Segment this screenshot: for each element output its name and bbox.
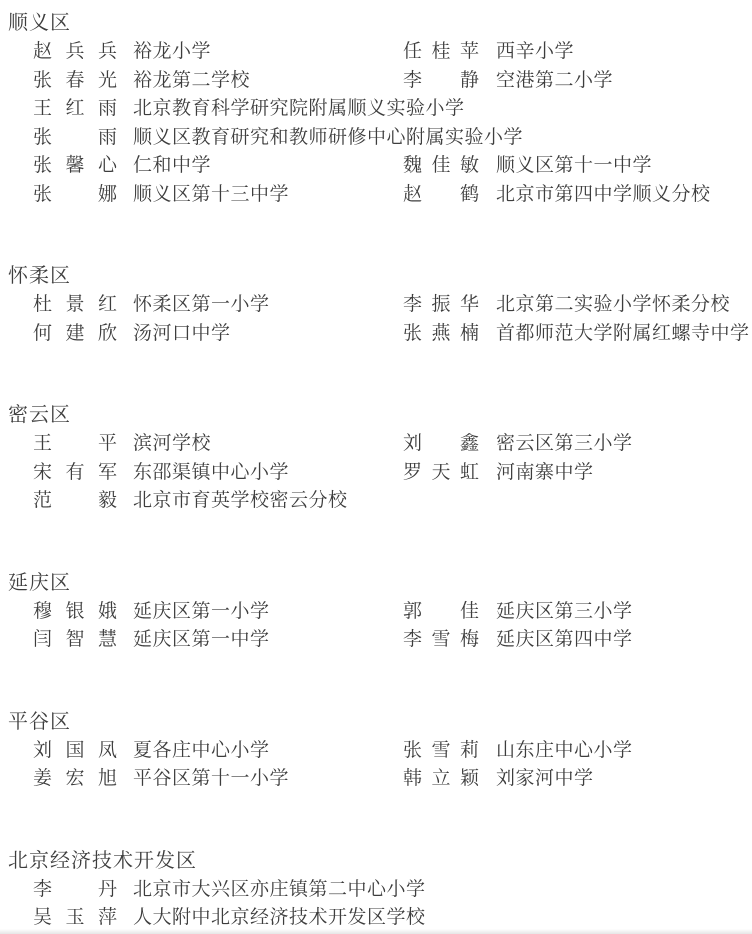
school-name: 顺义区第十一中学 (496, 152, 752, 181)
entry-row: 张 雨顺义区教育研究和教师研修中心附属实验小学 (8, 124, 752, 153)
school-name: 顺义区第十三中学 (133, 181, 403, 210)
school-name: 北京市大兴区亦庄镇第二中心小学 (133, 876, 752, 905)
school-name: 滨河学校 (133, 430, 403, 459)
school-name: 夏各庄中心小学 (133, 737, 403, 766)
teacher-name: 王 平 (33, 430, 117, 459)
school-name: 延庆区第一小学 (133, 598, 403, 627)
school-name: 顺义区教育研究和教师研修中心附属实验小学 (133, 124, 752, 153)
entry-row: 范 毅北京市育英学校密云分校 (8, 487, 752, 516)
school-name: 北京市育英学校密云分校 (133, 487, 752, 516)
entry-row: 张 娜顺义区第十三中学赵 鹤北京市第四中学顺义分校 (8, 181, 752, 210)
school-name: 延庆区第四中学 (496, 626, 752, 655)
entry-row: 闫智慧延庆区第一中学李雪梅延庆区第四中学 (8, 626, 752, 655)
teacher-name: 李 静 (403, 67, 479, 96)
teacher-name: 罗天虹 (403, 459, 479, 488)
district-title: 顺义区 (8, 8, 752, 38)
teacher-name: 张 娜 (33, 181, 117, 210)
school-name: 西辛小学 (496, 38, 752, 67)
teacher-name: 张春光 (33, 67, 117, 96)
school-name: 东邵渠镇中心小学 (133, 459, 403, 488)
teacher-name: 李 丹 (33, 876, 117, 905)
teacher-name: 张 雨 (33, 124, 117, 153)
teacher-name: 宋有军 (33, 459, 117, 488)
teacher-name: 刘国凤 (33, 737, 117, 766)
district-section: 怀柔区杜景红怀柔区第一小学李振华北京第二实验小学怀柔分校何建欣汤河口中学张燕楠首… (8, 261, 752, 348)
teacher-name: 赵 鹤 (403, 181, 479, 210)
district-section: 北京经济技术开发区李 丹北京市大兴区亦庄镇第二中心小学吴玉萍人大附中北京经济技术… (8, 846, 752, 933)
school-name: 人大附中北京经济技术开发区学校 (133, 904, 752, 933)
school-name: 怀柔区第一小学 (133, 291, 403, 320)
teacher-name: 范 毅 (33, 487, 117, 516)
entry-row: 杜景红怀柔区第一小学李振华北京第二实验小学怀柔分校 (8, 291, 752, 320)
teacher-name: 张馨心 (33, 152, 117, 181)
school-name: 延庆区第三小学 (496, 598, 752, 627)
school-name: 首都师范大学附属红螺寺中学 (496, 320, 752, 349)
teacher-name: 姜宏旭 (33, 765, 117, 794)
district-section: 密云区王 平滨河学校刘 鑫密云区第三小学宋有军东邵渠镇中心小学罗天虹河南寨中学范… (8, 400, 752, 516)
district-title: 北京经济技术开发区 (8, 846, 752, 876)
teacher-name: 王红雨 (33, 95, 117, 124)
school-name: 密云区第三小学 (496, 430, 752, 459)
entry-row: 李 丹北京市大兴区亦庄镇第二中心小学 (8, 876, 752, 905)
entry-row: 姜宏旭平谷区第十一小学韩立颖刘家河中学 (8, 765, 752, 794)
school-name: 北京第二实验小学怀柔分校 (496, 291, 752, 320)
district-title: 平谷区 (8, 707, 752, 737)
school-name: 裕龙小学 (133, 38, 403, 67)
teacher-name: 任桂苹 (403, 38, 479, 67)
school-name: 仁和中学 (133, 152, 403, 181)
teacher-name: 李振华 (403, 291, 479, 320)
teacher-name: 闫智慧 (33, 626, 117, 655)
entry-row: 穆银娥延庆区第一小学郭 佳延庆区第三小学 (8, 598, 752, 627)
district-section: 平谷区刘国凤夏各庄中心小学张雪莉山东庄中心小学姜宏旭平谷区第十一小学韩立颖刘家河… (8, 707, 752, 794)
school-name: 北京市第四中学顺义分校 (496, 181, 752, 210)
document-page: 顺义区赵兵兵裕龙小学任桂苹西辛小学张春光裕龙第二学校李 静空港第二小学王红雨北京… (0, 0, 752, 934)
school-name: 河南寨中学 (496, 459, 752, 488)
school-name: 汤河口中学 (133, 320, 403, 349)
teacher-name: 吴玉萍 (33, 904, 117, 933)
district-title: 密云区 (8, 400, 752, 430)
teacher-name: 刘 鑫 (403, 430, 479, 459)
district-list: 顺义区赵兵兵裕龙小学任桂苹西辛小学张春光裕龙第二学校李 静空港第二小学王红雨北京… (8, 8, 752, 933)
school-name: 山东庄中心小学 (496, 737, 752, 766)
entry-row: 何建欣汤河口中学张燕楠首都师范大学附属红螺寺中学 (8, 320, 752, 349)
entry-row: 张馨心仁和中学魏佳敏顺义区第十一中学 (8, 152, 752, 181)
teacher-name: 张雪莉 (403, 737, 479, 766)
teacher-name: 何建欣 (33, 320, 117, 349)
district-title: 延庆区 (8, 568, 752, 598)
entry-row: 赵兵兵裕龙小学任桂苹西辛小学 (8, 38, 752, 67)
teacher-name: 张燕楠 (403, 320, 479, 349)
school-name: 北京教育科学研究院附属顺义实验小学 (133, 95, 752, 124)
school-name: 刘家河中学 (496, 765, 752, 794)
entry-row: 刘国凤夏各庄中心小学张雪莉山东庄中心小学 (8, 737, 752, 766)
teacher-name: 魏佳敏 (403, 152, 479, 181)
teacher-name: 韩立颖 (403, 765, 479, 794)
entry-row: 张春光裕龙第二学校李 静空港第二小学 (8, 67, 752, 96)
school-name: 裕龙第二学校 (133, 67, 403, 96)
district-title: 怀柔区 (8, 261, 752, 291)
teacher-name: 郭 佳 (403, 598, 479, 627)
school-name: 空港第二小学 (496, 67, 752, 96)
teacher-name: 杜景红 (33, 291, 117, 320)
teacher-name: 赵兵兵 (33, 38, 117, 67)
school-name: 平谷区第十一小学 (133, 765, 403, 794)
entry-row: 吴玉萍人大附中北京经济技术开发区学校 (8, 904, 752, 933)
teacher-name: 穆银娥 (33, 598, 117, 627)
school-name: 延庆区第一中学 (133, 626, 403, 655)
district-section: 延庆区穆银娥延庆区第一小学郭 佳延庆区第三小学闫智慧延庆区第一中学李雪梅延庆区第… (8, 568, 752, 655)
entry-row: 宋有军东邵渠镇中心小学罗天虹河南寨中学 (8, 459, 752, 488)
entry-row: 王 平滨河学校刘 鑫密云区第三小学 (8, 430, 752, 459)
entry-row: 王红雨北京教育科学研究院附属顺义实验小学 (8, 95, 752, 124)
district-section: 顺义区赵兵兵裕龙小学任桂苹西辛小学张春光裕龙第二学校李 静空港第二小学王红雨北京… (8, 8, 752, 209)
teacher-name: 李雪梅 (403, 626, 479, 655)
